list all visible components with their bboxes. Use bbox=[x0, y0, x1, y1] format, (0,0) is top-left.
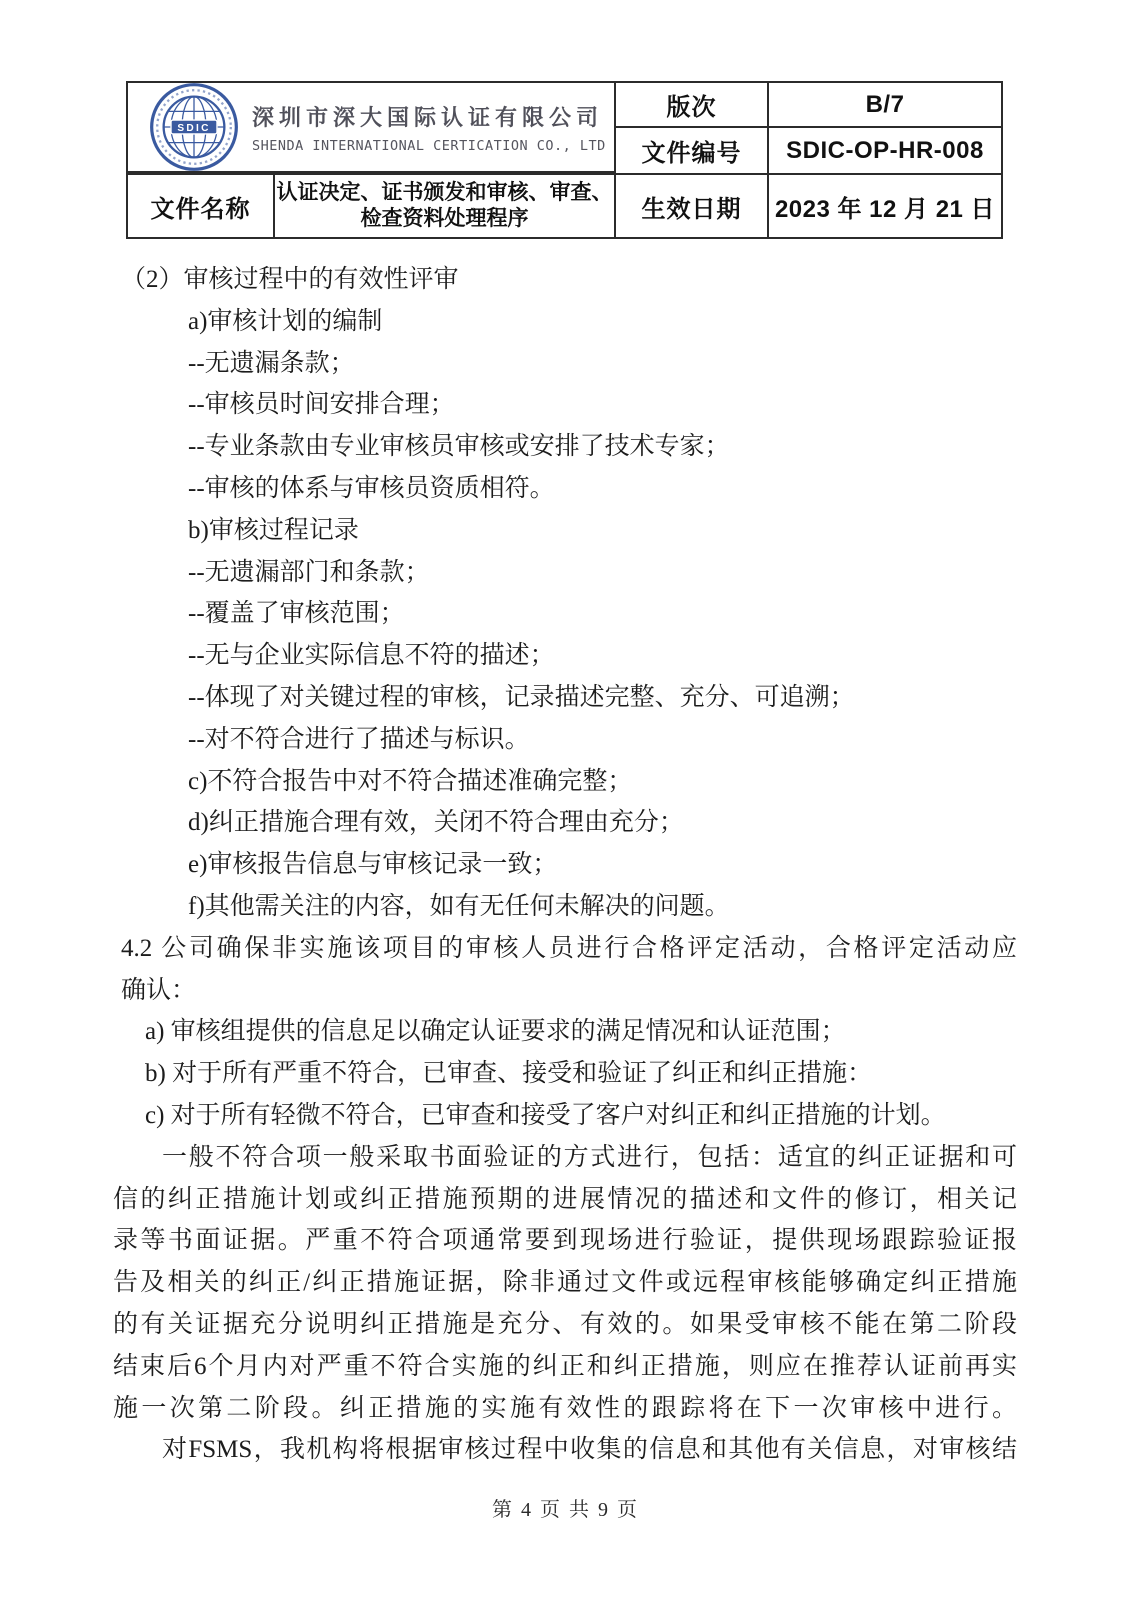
file-name-value: 认证决定、证书颁发和审核、审查、 检查资料处理程序 bbox=[273, 173, 616, 239]
body-line: 录等书面证据。严重不符合项通常要到现场进行验证，提供现场跟踪验证报 bbox=[113, 1220, 1017, 1262]
body-line: --审核员时间安排合理； bbox=[113, 384, 1017, 426]
header-table: SDIC 深圳市深大国际认证有限公司 SHENDA INTERNATIONAL … bbox=[126, 81, 1003, 239]
version-value: B/7 bbox=[767, 81, 1003, 128]
logo-badge-text: SDIC bbox=[177, 123, 210, 134]
body-line: 信的纠正措施计划或纠正措施预期的进展情况的描述和文件的修订，相关记 bbox=[113, 1179, 1017, 1221]
body-line: --对不符合进行了描述与标识。 bbox=[113, 719, 1017, 761]
body-line: （2）审核过程中的有效性评审 bbox=[113, 259, 1017, 301]
body-line: b)审核过程记录 bbox=[113, 510, 1017, 552]
effective-date-value: 2023 年 12 月 21 日 bbox=[767, 173, 1003, 239]
file-name-label: 文件名称 bbox=[126, 173, 275, 239]
body-line: --覆盖了审核范围； bbox=[113, 593, 1017, 635]
company-name-cn: 深圳市深大国际认证有限公司 bbox=[252, 101, 606, 132]
body-line: c)不符合报告中对不符合描述准确完整； bbox=[113, 761, 1017, 803]
body-line: --体现了对关键过程的审核，记录描述完整、充分、可追溯； bbox=[113, 677, 1017, 719]
company-name-block: 深圳市深大国际认证有限公司 SHENDA INTERNATIONAL CERTI… bbox=[252, 101, 606, 154]
company-logo-icon: SDIC bbox=[148, 81, 240, 173]
body-line: e)审核报告信息与审核记录一致； bbox=[113, 844, 1017, 886]
version-label: 版次 bbox=[614, 81, 769, 128]
body-line: b) 对于所有严重不符合，已审查、接受和验证了纠正和纠正措施： bbox=[113, 1053, 1017, 1095]
company-header-cell: SDIC 深圳市深大国际认证有限公司 SHENDA INTERNATIONAL … bbox=[126, 81, 616, 173]
page-number: 第 4 页 共 9 页 bbox=[0, 1493, 1131, 1522]
effective-date-label: 生效日期 bbox=[614, 173, 769, 239]
company-name-en: SHENDA INTERNATIONAL CERTICATION CO., LT… bbox=[252, 138, 606, 154]
body-line: 确认： bbox=[113, 970, 1017, 1012]
document-body: （2）审核过程中的有效性评审a)审核计划的编制--无遗漏条款；--审核员时间安排… bbox=[113, 259, 1017, 1471]
body-line: a)审核计划的编制 bbox=[113, 301, 1017, 343]
body-line: c) 对于所有轻微不符合，已审查和接受了客户对纠正和纠正措施的计划。 bbox=[113, 1095, 1017, 1137]
file-name-line-2: 检查资料处理程序 bbox=[361, 206, 529, 232]
body-line: 对FSMS，我机构将根据审核过程中收集的信息和其他有关信息，对审核结 bbox=[113, 1429, 1017, 1471]
doc-number-label: 文件编号 bbox=[614, 126, 769, 175]
body-line: --无遗漏条款； bbox=[113, 343, 1017, 385]
body-line: a) 审核组提供的信息足以确定认证要求的满足情况和认证范围； bbox=[113, 1011, 1017, 1053]
body-line: 结束后6个月内对严重不符合实施的纠正和纠正措施，则应在推荐认证前再实 bbox=[113, 1346, 1017, 1388]
document-page: SDIC 深圳市深大国际认证有限公司 SHENDA INTERNATIONAL … bbox=[0, 0, 1131, 1600]
body-line: 的有关证据充分说明纠正措施是充分、有效的。如果受审核不能在第二阶段 bbox=[113, 1304, 1017, 1346]
company-identity: SDIC 深圳市深大国际认证有限公司 SHENDA INTERNATIONAL … bbox=[148, 81, 606, 173]
body-line: --无与企业实际信息不符的描述； bbox=[113, 635, 1017, 677]
file-name-line-1: 认证决定、证书颁发和审核、审查、 bbox=[277, 180, 613, 206]
body-line: d)纠正措施合理有效，关闭不符合理由充分； bbox=[113, 802, 1017, 844]
body-line: 告及相关的纠正/纠正措施证据，除非通过文件或远程审核能够确定纠正措施 bbox=[113, 1262, 1017, 1304]
body-line: f)其他需关注的内容，如有无任何未解决的问题。 bbox=[113, 886, 1017, 928]
body-line: 一般不符合项一般采取书面验证的方式进行，包括：适宜的纠正证据和可 bbox=[113, 1137, 1017, 1179]
body-line: --无遗漏部门和条款； bbox=[113, 552, 1017, 594]
body-line: --专业条款由专业审核员审核或安排了技术专家； bbox=[113, 426, 1017, 468]
body-line: --审核的体系与审核员资质相符。 bbox=[113, 468, 1017, 510]
body-line: 4.2 公司确保非实施该项目的审核人员进行合格评定活动，合格评定活动应 bbox=[113, 928, 1017, 970]
body-line: 施一次第二阶段。纠正措施的实施有效性的跟踪将在下一次审核中进行。 bbox=[113, 1388, 1017, 1430]
doc-number-value: SDIC-OP-HR-008 bbox=[767, 126, 1003, 175]
